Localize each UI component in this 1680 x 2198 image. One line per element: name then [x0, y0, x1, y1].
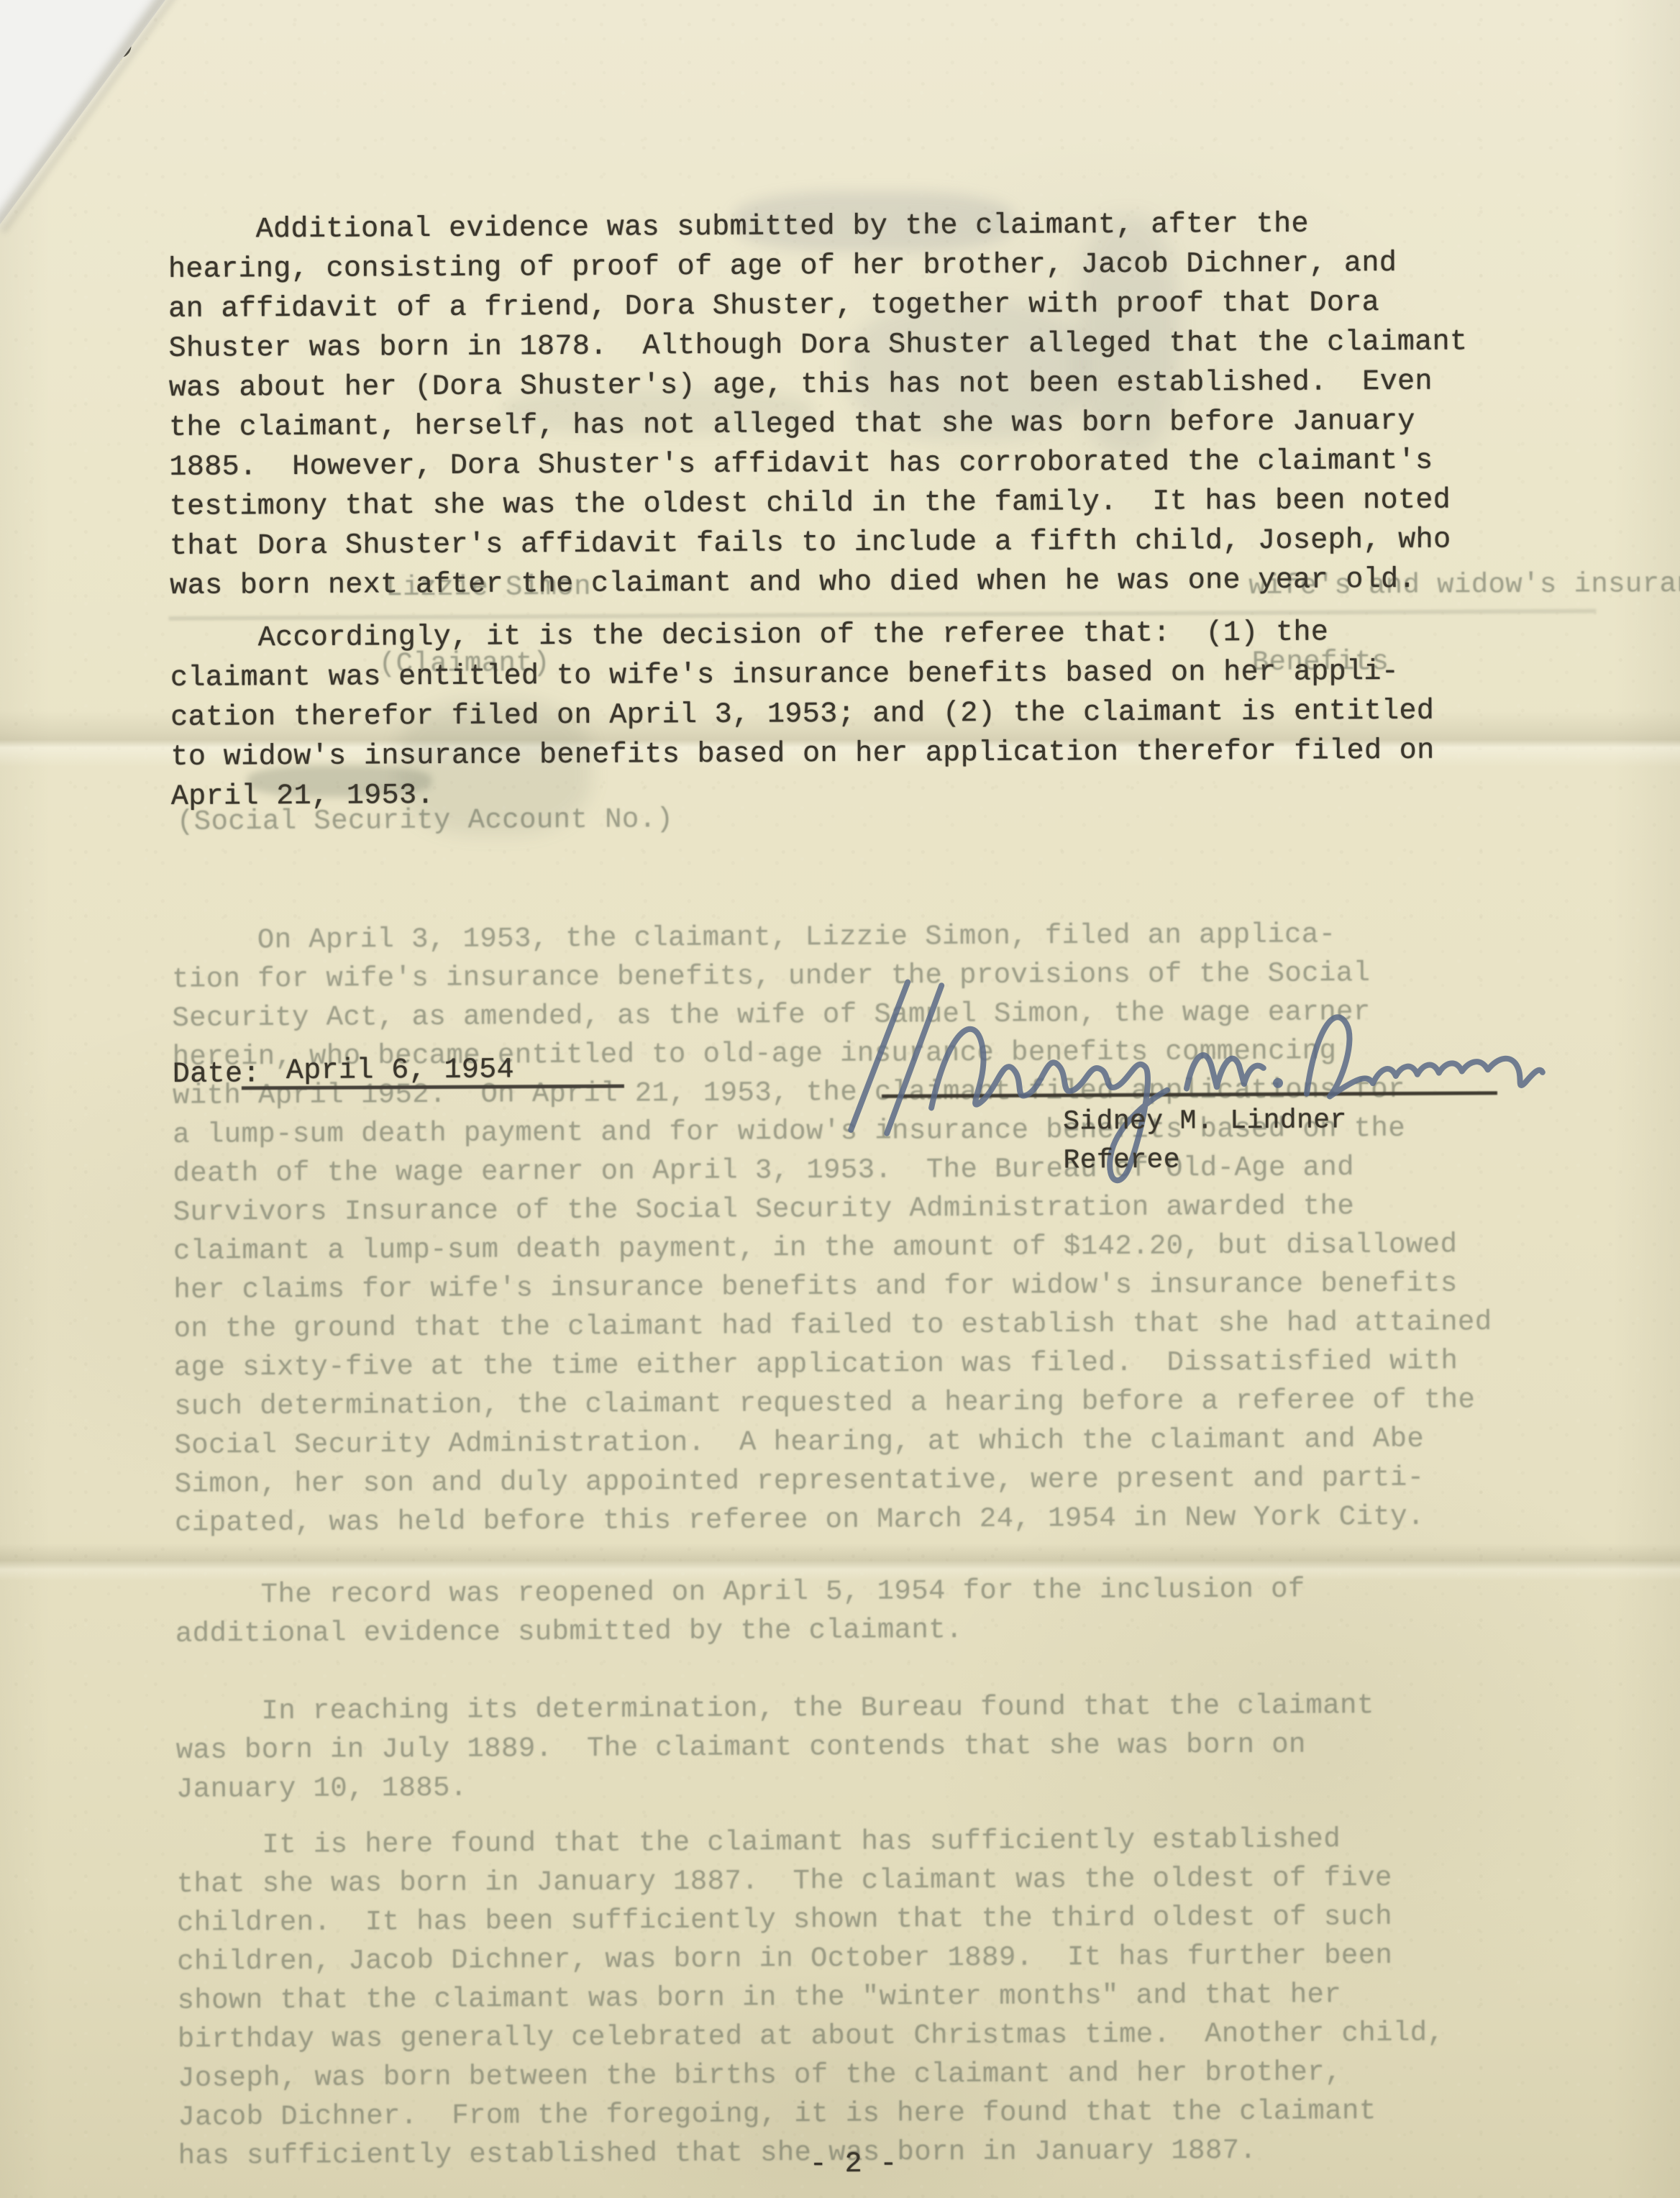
signature-name: Sidney M. Lindner [1063, 1100, 1347, 1141]
paragraph-decision: Accordingly, it is the decision of the r… [170, 613, 1435, 817]
ghost-paragraph-reopened: The record was reopened on April 5, 1954… [175, 1570, 1305, 1654]
document-page: Lizzie Simon wife's and widow's insuranc… [0, 0, 1680, 2198]
page-number: - 2 - [810, 2145, 898, 2185]
ghost-paragraph-bureau-finding: In reaching its determination, the Burea… [175, 1686, 1374, 1809]
ghost-paragraph-findings: It is here found that the claimant has s… [176, 1820, 1445, 2176]
signature-title: Referee [1063, 1141, 1180, 1181]
signature-ink [812, 957, 1554, 1208]
scanned-document: Lizzie Simon wife's and widow's insuranc… [0, 0, 1680, 2198]
paragraph-evidence: Additional evidence was submitted by the… [168, 204, 1469, 606]
page-content: Lizzie Simon wife's and widow's insuranc… [0, 0, 1680, 2198]
